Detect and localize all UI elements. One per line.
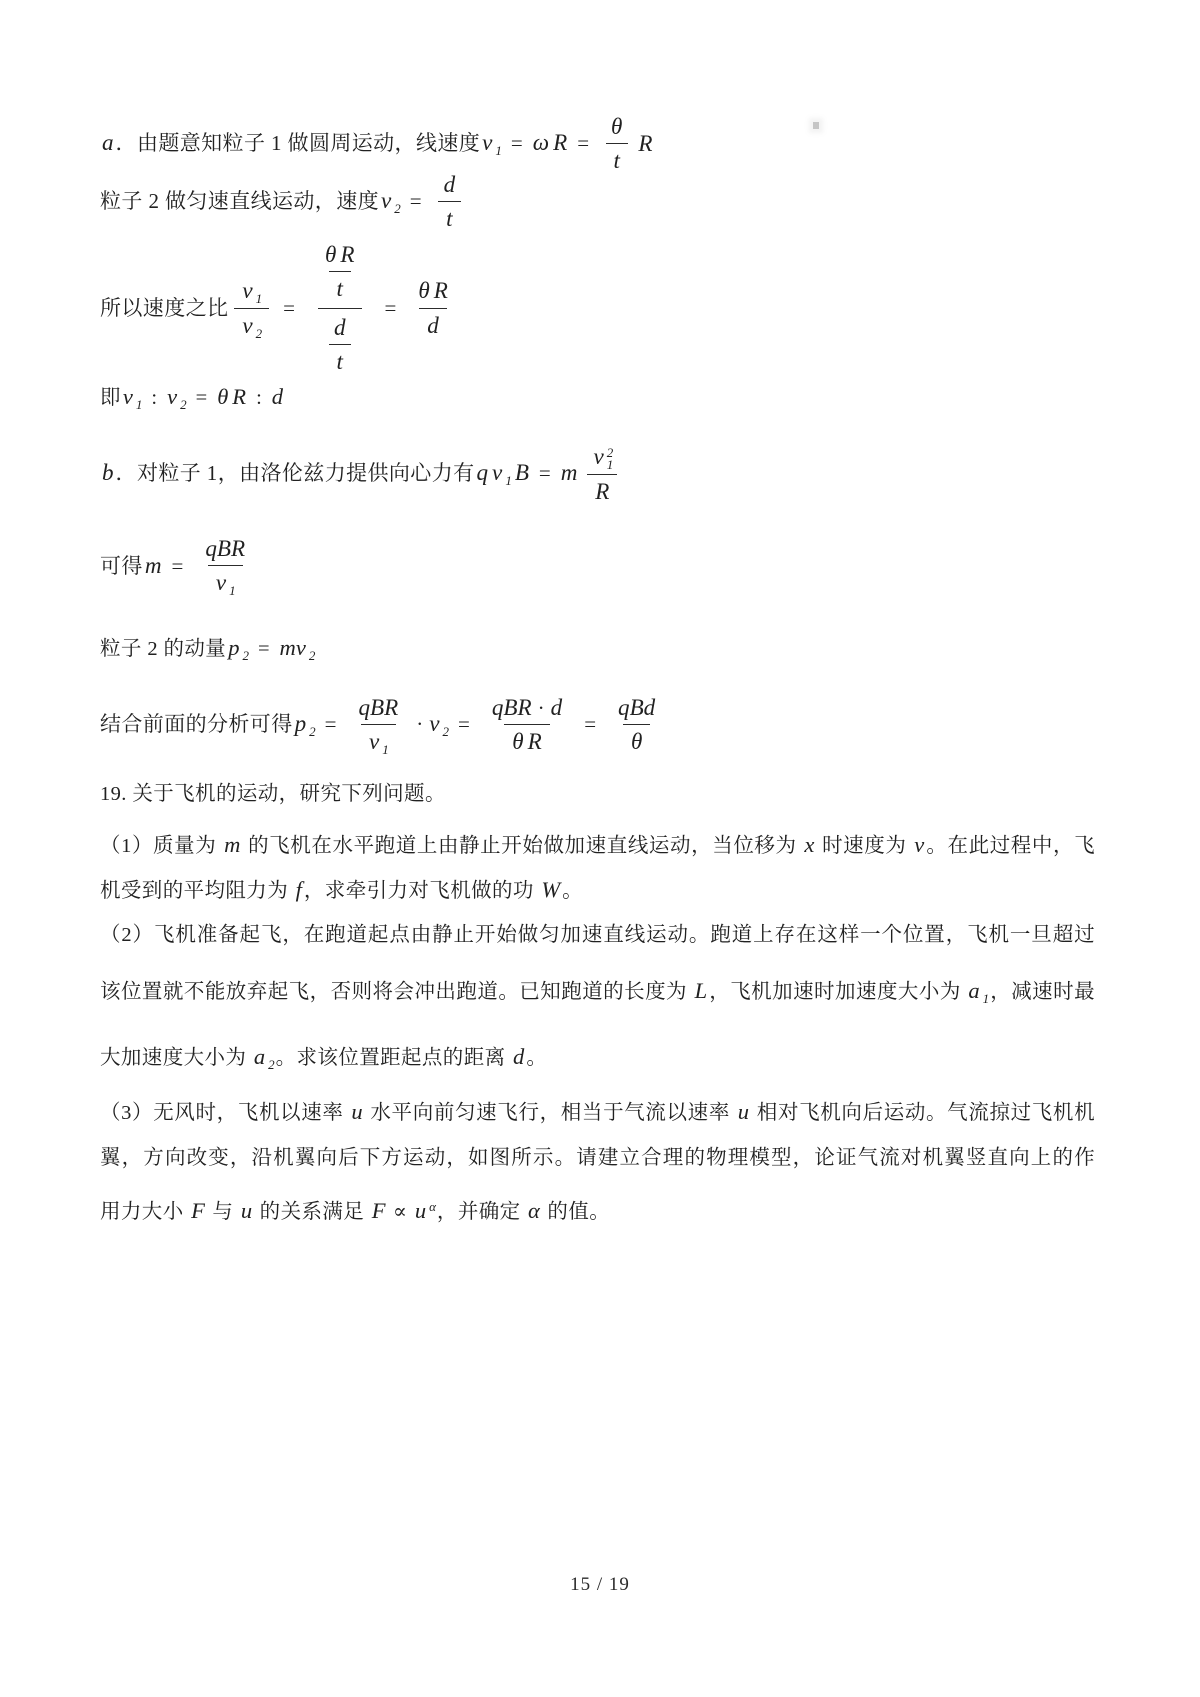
math-operator: = (317, 712, 345, 736)
equals-sign: = (275, 295, 303, 322)
math-var: u (349, 1099, 364, 1124)
formula-segment: 结合前面的分析可得p2= (100, 710, 345, 740)
superscript: α (429, 1199, 436, 1214)
math-var: t (612, 147, 622, 173)
solution-line-p2-result: 结合前面的分析可得p2= qBR v1 ·v2= qBR·d θR = qBd … (100, 693, 669, 757)
text-segment: 。在此过程中，飞 (926, 835, 1095, 857)
math-var: v (591, 443, 605, 469)
fraction: θ t (603, 112, 630, 176)
math-var: p (293, 710, 309, 736)
subscript: 2 (309, 724, 316, 739)
math-dot: · (534, 696, 549, 720)
fraction-numerator: v1 (234, 276, 269, 307)
math-var: v (480, 129, 494, 155)
text-segment: ，减速时最 (990, 981, 1095, 1003)
text-segment: （2）飞机准备起飞，在跑道起点由静止开始做匀加速直线运动。跑道上存在这样一个位置… (100, 924, 1095, 946)
document-page: a．由题意知粒子 1 做圆周运动，线速度v1=ωR= θ t R 粒子 2 做匀… (0, 0, 1200, 1697)
fraction-numerator: θR (317, 240, 362, 271)
math-var: F (189, 1198, 207, 1223)
math-var: u (239, 1198, 254, 1223)
math-var: d (425, 312, 441, 338)
text-segment: 粒子 2 做匀速直线运动，速度 (100, 189, 379, 213)
text-segment: 翼，方向改变，沿机翼向后下方运动，如图所示。请建立合理的物理模型，论证气流对机翼… (100, 1147, 1095, 1169)
math-var: v (240, 312, 254, 338)
text-segment: （3）无风时，飞机以速率 (100, 1102, 349, 1124)
fraction: θR d (410, 276, 455, 340)
math-var: θ (416, 277, 431, 303)
subscript: 2 (309, 648, 316, 663)
math-var: b (100, 459, 116, 485)
math-var: θ (323, 241, 338, 267)
fraction-denominator: v1 (208, 565, 243, 597)
math-var: θ (629, 728, 644, 754)
math-var: d (549, 694, 565, 720)
fraction: qBR·d θR (484, 693, 570, 757)
solution-line-a: a．由题意知粒子 1 做圆周运动，线速度v1=ωR= θ t R (100, 112, 655, 176)
text-segment: 可得 (100, 554, 143, 578)
math-var: B (513, 459, 531, 485)
subscript: 2 (256, 326, 263, 341)
text-segment: 时速度为 (816, 835, 912, 857)
math-var: v (427, 710, 441, 736)
question-19-part1-line1: （1）质量为 m 的飞机在水平跑道上由静止开始做加速直线运动，当位移为 x 时速… (100, 831, 1095, 860)
math-var: t (444, 205, 454, 231)
math-var: L (693, 978, 710, 1003)
math-var: θ (609, 113, 624, 139)
question-19-part2-line3: 大加速度大小为 a2。求该位置距起点的距离 d。 (100, 1043, 1095, 1073)
subscript: 1 (256, 291, 263, 306)
text-segment: ．由题意知粒子 1 做圆周运动，线速度 (116, 131, 481, 155)
math-var: qBR (490, 694, 534, 720)
question-19-part2-line2: 该位置就不能放弃起飞，否则将会冲出跑道。已知跑道的长度为 L，飞机加速时加速度大… (100, 977, 1095, 1007)
fraction-denominator: v1 (361, 724, 396, 756)
subscript: 2 (443, 724, 450, 739)
question-19-part3-line2: 翼，方向改变，沿机翼向后下方运动，如图所示。请建立合理的物理模型，论证气流对机翼… (100, 1145, 1095, 1172)
text-segment: 粒子 2 的动量 (100, 638, 226, 660)
math-var: d (332, 314, 348, 340)
fraction-numerator: qBd (610, 693, 663, 724)
math-var: θ (510, 728, 525, 754)
math-operator: : (248, 387, 270, 409)
text-segment: 。 (562, 880, 583, 902)
fraction-numerator: θR t (309, 240, 370, 308)
formula-segment: b．对粒子 1，由洛伦兹力提供向心力有qv1B=m (100, 459, 579, 489)
question-19-part1-line2: 机受到的平均阻力为 f，求牵引力对飞机做的功 W。 (100, 876, 1095, 905)
math-var: v (490, 459, 504, 485)
text-segment: 该位置就不能放弃起飞，否则将会冲出跑道。已知跑道的长度为 (100, 981, 693, 1003)
math-operator: = (402, 189, 430, 213)
fraction-numerator: θR (410, 276, 455, 307)
fraction-numerator: θ (603, 112, 630, 143)
math-var: d (442, 171, 458, 197)
text-segment: 即 (100, 387, 121, 409)
math-var: m (222, 832, 242, 857)
text-segment: ∝ (387, 1201, 412, 1223)
math-var: R (338, 241, 356, 267)
fraction: qBR v1 (197, 534, 253, 598)
math-operator: = (275, 296, 303, 320)
solution-line-ratio: 所以速度之比 v1 v2 = θR t d t = θR d (100, 240, 462, 376)
text-segment: （1）质量为 (100, 835, 222, 857)
math-var: α (526, 1198, 542, 1223)
fraction-numerator: qBR (351, 693, 407, 724)
fraction: v1 v2 (234, 276, 269, 340)
subscript: 2 (394, 201, 401, 216)
math-var: W (539, 877, 562, 902)
fraction: d t (326, 313, 354, 377)
math-var: m (143, 552, 164, 578)
math-var: mv (278, 635, 308, 660)
math-var: v (214, 569, 228, 595)
math-dot: · (412, 712, 427, 736)
text-segment: 。求该位置距起点的距离 (276, 1047, 511, 1069)
subscript: 1 (495, 143, 502, 158)
subscript: 1 (983, 991, 990, 1006)
math-var: p (226, 635, 241, 660)
subscript: 1 (136, 397, 143, 412)
math-var: a (252, 1044, 267, 1069)
formula-segment: ·v2= (412, 710, 478, 740)
fraction-denominator: t (606, 143, 628, 175)
fraction-numerator: v21 (585, 442, 619, 474)
text-segment: 所以速度之比 (100, 296, 228, 320)
text-segment: 的关系满足 (254, 1201, 370, 1223)
math-var: v (379, 187, 393, 213)
math-var: R (526, 728, 544, 754)
math-var: R (593, 478, 611, 504)
math-operator: : (143, 387, 165, 409)
math-var: v (912, 832, 926, 857)
math-var: m (559, 459, 580, 485)
math-var: qBR (203, 535, 247, 561)
math-var: θ (215, 384, 230, 409)
math-var: a (100, 129, 116, 155)
formula-segment: 可得m= (100, 552, 191, 580)
fraction-denominator: θ (623, 724, 650, 756)
fraction: d t (436, 170, 464, 234)
text-segment: ．对粒子 1，由洛伦兹力提供向心力有 (116, 461, 475, 485)
formula-segment: a．由题意知粒子 1 做圆周运动，线速度v1=ωR= (100, 129, 597, 159)
stray-mark (813, 122, 819, 129)
math-var: d (270, 384, 285, 409)
text-segment: 结合前面的分析可得 (100, 712, 293, 736)
math-operator: = (164, 554, 192, 578)
fraction-numerator: qBR (197, 534, 253, 565)
text-segment: 19. 关于飞机的运动，研究下列问题。 (100, 783, 446, 805)
fraction-numerator: d (436, 170, 464, 201)
text-segment: 相对飞机向后运动。气流掠过飞机机 (751, 1102, 1095, 1124)
fraction-denominator: t (329, 271, 351, 303)
math-operator: = (503, 131, 531, 155)
text-segment: ，并确定 (437, 1201, 526, 1223)
math-var: ω (531, 129, 551, 155)
fraction-denominator: d t (318, 308, 362, 377)
fraction-numerator: qBR·d (484, 693, 570, 724)
math-var: v (165, 384, 179, 409)
question-19-part3-line1: （3）无风时，飞机以速率 u 水平向前匀速飞行，相当于气流以速率 u 相对飞机向… (100, 1098, 1095, 1127)
fraction-denominator: θR (504, 724, 549, 756)
math-var: t (335, 348, 345, 374)
text-segment: 的飞机在水平跑道上由静止开始做加速直线运动，当位移为 (242, 835, 802, 857)
compound-fraction: θR t d t (309, 240, 370, 376)
question-19-title: 19. 关于飞机的运动，研究下列问题。 (100, 781, 1095, 808)
math-var: x (802, 832, 816, 857)
question-19-part2-line1: （2）飞机准备起飞，在跑道起点由静止开始做匀加速直线运动。跑道上存在这样一个位置… (100, 922, 1095, 949)
text-segment: 机受到的平均阻力为 (100, 880, 294, 902)
math-operator: = (376, 296, 404, 320)
math-var: f (294, 877, 304, 902)
fraction-denominator: R (587, 474, 617, 506)
math-operator: = (188, 387, 216, 409)
fraction: v21 R (585, 442, 619, 506)
solution-line-momentum: 粒子 2 的动量p2=mv2 (100, 634, 1095, 664)
math-var: qBd (616, 694, 657, 720)
math-operator: = (531, 461, 559, 485)
text-segment: 的值。 (542, 1201, 610, 1223)
text-segment: 。 (526, 1047, 547, 1069)
subscript: 2 (180, 397, 187, 412)
solution-line-v2: 粒子 2 做匀速直线运动，速度v2= d t (100, 170, 469, 234)
fraction-denominator: d (419, 308, 447, 340)
math-var: u (413, 1198, 428, 1223)
fraction: qBR v1 (351, 693, 407, 757)
text-segment: 用力大小 (100, 1201, 189, 1223)
math-var: v (121, 384, 135, 409)
question-19-part3-line3: 用力大小 F 与 u 的关系满足 F ∝ uα，并确定 α 的值。 (100, 1197, 1095, 1227)
page-number: 15 / 19 (0, 1574, 1200, 1596)
math-var: v (367, 728, 381, 754)
math-var: v (240, 277, 254, 303)
text-segment: ，飞机加速时加速度大小为 (709, 981, 966, 1003)
fraction-denominator: t (438, 201, 460, 233)
subscript: 1 (607, 459, 614, 471)
solution-line-mass: 可得m= qBR v1 (100, 534, 259, 598)
text-segment: 大加速度大小为 (100, 1047, 252, 1069)
text-segment: 水平向前匀速飞行，相当于气流以速率 (365, 1102, 736, 1124)
math-operator: = (250, 638, 278, 660)
text-segment: ，求牵引力对飞机做的功 (304, 880, 539, 902)
fraction: θR t (317, 240, 362, 304)
subscript: 1 (382, 742, 389, 757)
math-var: R (636, 130, 654, 156)
solution-line-b: b．对粒子 1，由洛伦兹力提供向心力有qv1B=m v21 R (100, 442, 625, 506)
fraction-denominator: v2 (234, 308, 269, 340)
math-operator: = (569, 131, 597, 155)
formula-segment: 粒子 2 做匀速直线运动，速度v2= (100, 187, 430, 217)
subscript: 2 (242, 648, 249, 663)
formula-segment: 所以速度之比 (100, 295, 228, 322)
math-var: a (966, 978, 981, 1003)
math-subsup: 21 (607, 447, 614, 471)
fraction-numerator: d (326, 313, 354, 344)
math-operator: = (576, 712, 604, 736)
fraction-denominator: t (329, 344, 351, 376)
subscript: 2 (268, 1057, 275, 1072)
math-var: d (511, 1044, 526, 1069)
math-var: F (370, 1198, 388, 1223)
fraction: qBd θ (610, 693, 663, 757)
formula-segment: R (636, 130, 654, 158)
math-var: R (230, 384, 248, 409)
math-var: u (736, 1099, 751, 1124)
math-var: R (432, 277, 450, 303)
subscript: 1 (505, 473, 512, 488)
math-var: R (551, 129, 569, 155)
solution-line-ratio-result: 即v1:v2=θR:d (100, 383, 1095, 413)
equals-sign: = (576, 711, 604, 738)
equals-sign: = (376, 295, 404, 322)
subscript: 1 (229, 583, 236, 598)
math-var: q (475, 459, 491, 485)
math-var: t (335, 275, 345, 301)
math-var: qBR (357, 694, 401, 720)
text-segment: 与 (207, 1201, 239, 1223)
math-operator: = (450, 712, 478, 736)
